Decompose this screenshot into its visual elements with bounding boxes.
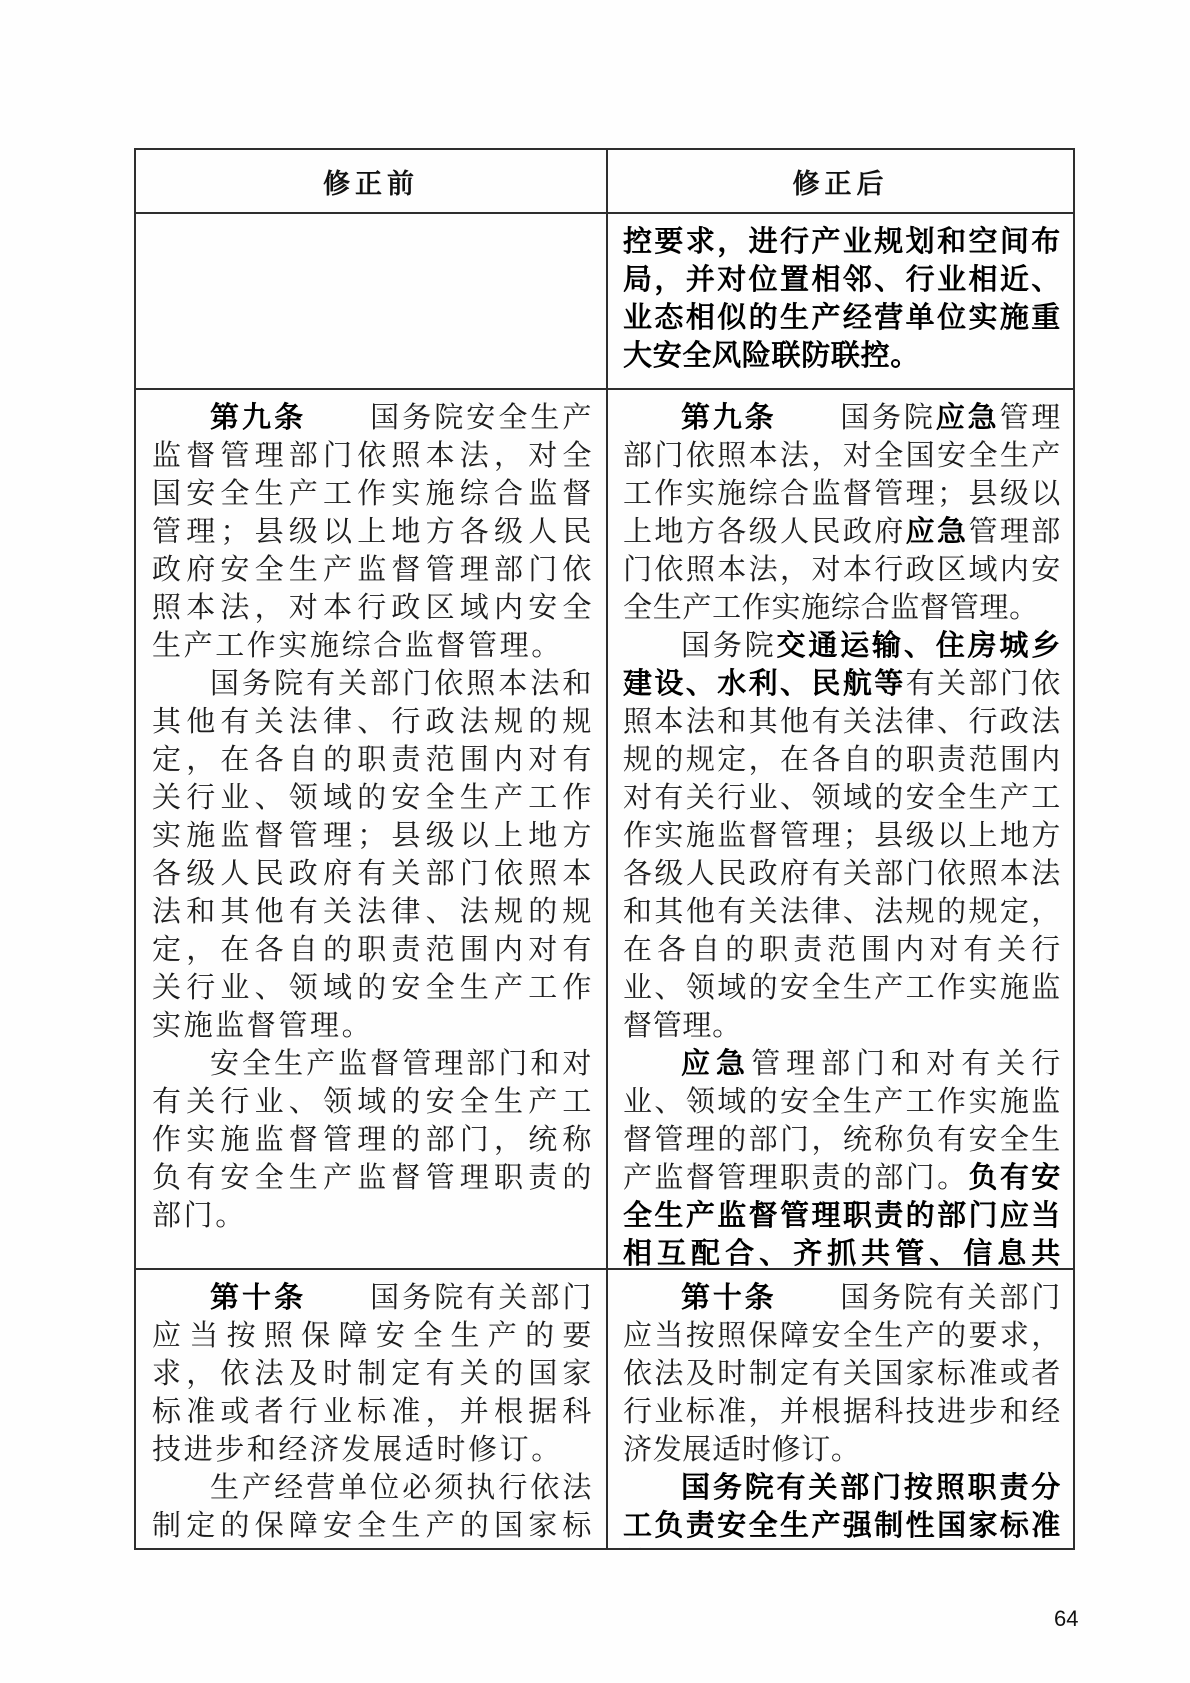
bold-text-segment: 应急 [681, 1048, 751, 1080]
cell-row2-before-article9: 第九条 国务院安全生产监督管理部门依照本法，对全国安全生产工作实施综合监督管理；… [136, 388, 606, 1268]
paragraph: 国务院有关部门按照职责分工负责安全生产强制性国家标准的项 [623, 1469, 1061, 1548]
paragraph: 控要求，进行产业规划和空间布局，并对位置相邻、行业相近、业态相似的生产经营单位实… [623, 223, 1061, 375]
bold-text-segment: 第九条 [210, 402, 306, 434]
paragraph: 应急管理部门和对有关行业、领域的安全生产工作实施监督管理的部门，统称负有安全生产… [623, 1045, 1061, 1268]
comparison-table: 修正前 修正后 控要求，进行产业规划和空间布局，并对位置相邻、行业相近、业态相似… [134, 148, 1075, 1550]
text-segment: 生产经营单位必须执行依法制定的保障安全生产的国家标准或者 [152, 1472, 594, 1548]
text-segment: 国务院 [681, 630, 777, 662]
paragraph: 第九条 国务院应急管理部门依照本法，对全国安全生产工作实施综合监督管理；县级以上… [623, 399, 1061, 627]
cell-row2-after-article9: 第九条 国务院应急管理部门依照本法，对全国安全生产工作实施综合监督管理；县级以上… [606, 388, 1073, 1268]
text-segment: 安全生产监督管理部门和对有关行业、领域的安全生产工作实施监督管理的部门，统称负有… [152, 1048, 594, 1232]
bold-text-segment: 第十条 [210, 1282, 306, 1314]
paragraph: 国务院交通运输、住房城乡建设、水利、民航等有关部门依照本法和其他有关法律、行政法… [623, 627, 1061, 1045]
table-header-before: 修正前 [136, 150, 606, 212]
bold-text-segment: 应急 [906, 516, 969, 548]
text-segment: 国务院有关部门依照本法和其他有关法律、行政法规的规定，在各自的职责范围内对有关行… [152, 668, 594, 1042]
bold-text-segment: 应急 [936, 402, 1000, 434]
paragraph: 安全生产监督管理部门和对有关行业、领域的安全生产工作实施监督管理的部门，统称负有… [152, 1045, 594, 1235]
paragraph: 国务院有关部门依照本法和其他有关法律、行政法规的规定，在各自的职责范围内对有关行… [152, 665, 594, 1045]
paragraph: 第十条 国务院有关部门应当按照保障安全生产的要求，依法及时制定有关的国家标准或者… [152, 1279, 594, 1469]
document-page: 修正前 修正后 控要求，进行产业规划和空间布局，并对位置相邻、行业相近、业态相似… [0, 0, 1190, 1683]
bold-text-segment: 控要求，进行产业规划和空间布局，并对位置相邻、行业相近、业态相似的生产经营单位实… [623, 226, 1061, 372]
bold-text-segment: 第十条 [681, 1282, 777, 1314]
cell-row1-after: 控要求，进行产业规划和空间布局，并对位置相邻、行业相近、业态相似的生产经营单位实… [606, 212, 1073, 388]
table-header-after: 修正后 [606, 150, 1073, 212]
cell-row1-before [136, 212, 606, 388]
paragraph: 生产经营单位必须执行依法制定的保障安全生产的国家标准或者 [152, 1469, 594, 1548]
cell-row3-before-article10: 第十条 国务院有关部门应当按照保障安全生产的要求，依法及时制定有关的国家标准或者… [136, 1268, 606, 1548]
cell-row3-after-article10: 第十条 国务院有关部门应当按照保障安全生产的要求，依法及时制定有关国家标准或者行… [606, 1268, 1073, 1548]
paragraph: 第十条 国务院有关部门应当按照保障安全生产的要求，依法及时制定有关国家标准或者行… [623, 1279, 1061, 1469]
paragraph: 第九条 国务院安全生产监督管理部门依照本法，对全国安全生产工作实施综合监督管理；… [152, 399, 594, 665]
text-segment: 国务院安全生产监督管理部门依照本法，对全国安全生产工作实施综合监督管理；县级以上… [152, 402, 594, 662]
page-number: 64 [1054, 1606, 1078, 1632]
bold-text-segment: 国务院有关部门按照职责分工负责安全生产强制性国家标准的项 [623, 1472, 1061, 1548]
bold-text-segment: 第九条 [681, 402, 777, 434]
text-segment: 有关部门依照本法和其他有关法律、行政法规的规定，在各自的职责范围内对有关行业、领… [623, 668, 1061, 1042]
text-segment: 国务院 [777, 402, 936, 434]
